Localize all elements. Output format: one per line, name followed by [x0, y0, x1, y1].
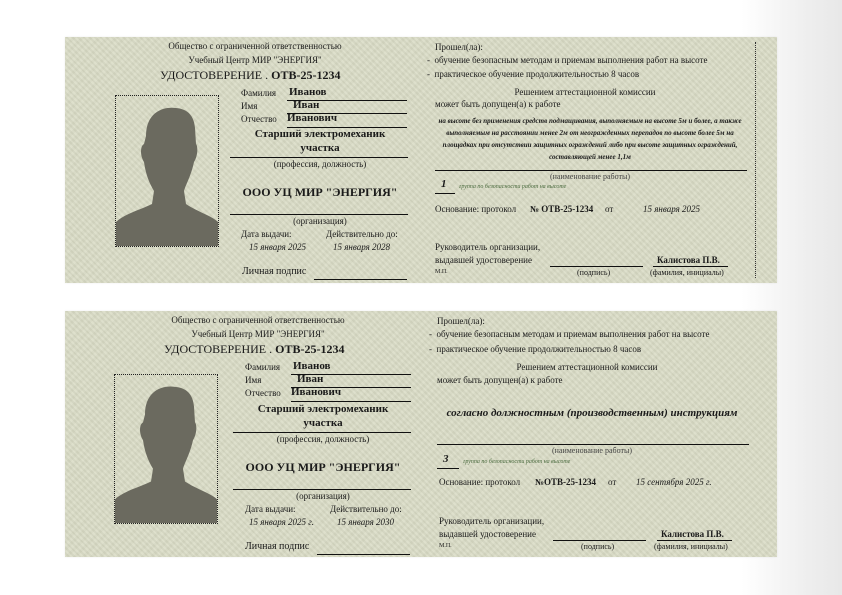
admitted-text: может быть допущен(а) к работе	[435, 99, 561, 109]
certificate-title-prefix: УДОСТОВЕРЕНИЕ .	[164, 342, 272, 356]
head-signature-line	[550, 266, 643, 267]
certificate-title-prefix: УДОСТОВЕРЕНИЕ .	[160, 68, 268, 82]
head-name-caption: (фамилия, инициалы)	[650, 268, 724, 277]
org-line-2: Учебный Центр МИР "ЭНЕРГИЯ"	[145, 55, 365, 65]
issue-date-value: 15 января 2025	[249, 242, 306, 252]
valid-until-label: Действительно до:	[326, 229, 398, 239]
head-label-line-2: выдавшей удостоверение	[439, 529, 536, 539]
head-signature-line	[553, 540, 646, 541]
photo-placeholder	[115, 95, 219, 247]
work-caption: (наименование работы)	[435, 172, 745, 181]
issue-date-value: 15 января 2025 г.	[249, 517, 314, 527]
head-label-line-1: Руководитель организации,	[435, 242, 540, 252]
work-caption: (наименование работы)	[437, 446, 747, 455]
certificate-number: ОТВ-25-1234	[271, 68, 340, 82]
protocol-date: 15 сентября 2025 г.	[636, 477, 712, 487]
org-line-1: Общество с ограниченной ответственностью	[148, 315, 368, 325]
group-number: 1	[441, 178, 447, 190]
signature-caption: (подпись)	[581, 542, 614, 551]
valid-until-value: 15 января 2030	[337, 517, 394, 527]
photo-placeholder	[114, 374, 218, 524]
name-label: Имя	[245, 375, 261, 385]
organization-value: ООО УЦ МИР "ЭНЕРГИЯ"	[230, 185, 410, 200]
position-caption: (профессия, должность)	[233, 434, 413, 444]
stamp-label: М.П.	[435, 269, 448, 275]
certificate-title: УДОСТОВЕРЕНИЕ . ОТВ-25-1234	[160, 68, 340, 83]
group-number: 3	[443, 453, 449, 465]
basis-label: Основание: протокол	[439, 477, 520, 487]
cut-line	[755, 42, 756, 278]
basis-label: Основание: протокол	[435, 204, 516, 214]
personal-signature-line	[314, 279, 407, 280]
admitted-text: может быть допущен(а) к работе	[437, 375, 563, 385]
surname-value: Иванов	[293, 360, 331, 372]
organization-value: ООО УЦ МИР "ЭНЕРГИЯ"	[233, 460, 413, 475]
surname-value: Иванов	[289, 86, 327, 98]
surname-label: Фамилия	[245, 362, 280, 372]
org-line-1: Общество с ограниченной ответственностью	[145, 41, 365, 51]
patronymic-value: Иванович	[287, 112, 337, 124]
group-caption: группа по безопасности работ на высоте	[463, 459, 570, 465]
head-name-caption: (фамилия, инициалы)	[654, 542, 728, 551]
group-caption: группа по безопасности работ на высоте	[459, 184, 566, 190]
org-line-2: Учебный Центр МИР "ЭНЕРГИЯ"	[148, 329, 368, 339]
head-name: Калистова П.В.	[657, 255, 720, 265]
name-value: Иван	[297, 373, 323, 385]
commission-text: Решением аттестационной комиссии	[437, 362, 737, 372]
head-label-line-1: Руководитель организации,	[439, 516, 544, 526]
head-label-line-2: выдавшей удостоверение	[435, 255, 532, 265]
person-silhouette-icon	[115, 375, 217, 523]
position-line-2: участка	[233, 417, 413, 429]
position-line-1: Старший электромеханик	[230, 128, 410, 140]
protocol-number: № ОТВ-25-1234	[530, 204, 593, 214]
protocol-date: 15 января 2025	[643, 204, 700, 214]
passed-label: Прошел(ла):	[437, 316, 485, 326]
surname-label: Фамилия	[241, 88, 276, 98]
organization-caption: (организация)	[230, 216, 410, 226]
from-label: от	[608, 477, 616, 487]
certificate-card-1: Общество с ограниченной ответственностью…	[65, 37, 777, 283]
passed-item-2: - практическое обучение продолжительност…	[427, 69, 639, 79]
certificate-number: ОТВ-25-1234	[275, 342, 344, 356]
head-name: Калистова П.В.	[661, 529, 724, 539]
personal-signature-label: Личная подпис	[242, 266, 306, 277]
work-description: согласно должностным (производственным) …	[437, 407, 747, 419]
stamp-label: М.П.	[439, 543, 452, 549]
passed-item-1: - обучение безопасным методам и приемам …	[427, 55, 707, 65]
name-value: Иван	[293, 99, 319, 111]
passed-item-2: - практическое обучение продолжительност…	[429, 344, 641, 354]
passed-item-1: - обучение безопасным методам и приемам …	[429, 329, 709, 339]
patronymic-label: Отчество	[241, 114, 277, 124]
issue-date-label: Дата выдачи:	[245, 504, 296, 514]
patronymic-value: Иванович	[291, 386, 341, 398]
personal-signature-label: Личная подпис	[245, 541, 309, 552]
commission-text: Решением аттестационной комиссии	[435, 87, 735, 97]
protocol-number: №ОТВ-25-1234	[535, 477, 596, 487]
valid-until-label: Действительно до:	[330, 504, 402, 514]
certificate-card-2: Общество с ограниченной ответственностью…	[65, 311, 777, 557]
patronymic-label: Отчество	[245, 388, 281, 398]
valid-until-value: 15 января 2028	[333, 242, 390, 252]
organization-caption: (организация)	[233, 491, 413, 501]
signature-caption: (подпись)	[577, 268, 610, 277]
work-description: на высоте без применения средств подмащи…	[435, 115, 745, 163]
personal-signature-line	[317, 554, 410, 555]
from-label: от	[605, 204, 613, 214]
name-label: Имя	[241, 101, 257, 111]
position-line-2: участка	[230, 142, 410, 154]
position-line-1: Старший электромеханик	[233, 403, 413, 415]
passed-label: Прошел(ла):	[435, 42, 483, 52]
issue-date-label: Дата выдачи:	[241, 229, 292, 239]
person-silhouette-icon	[116, 96, 218, 246]
certificate-title: УДОСТОВЕРЕНИЕ . ОТВ-25-1234	[164, 342, 344, 357]
position-caption: (профессия, должность)	[230, 159, 410, 169]
